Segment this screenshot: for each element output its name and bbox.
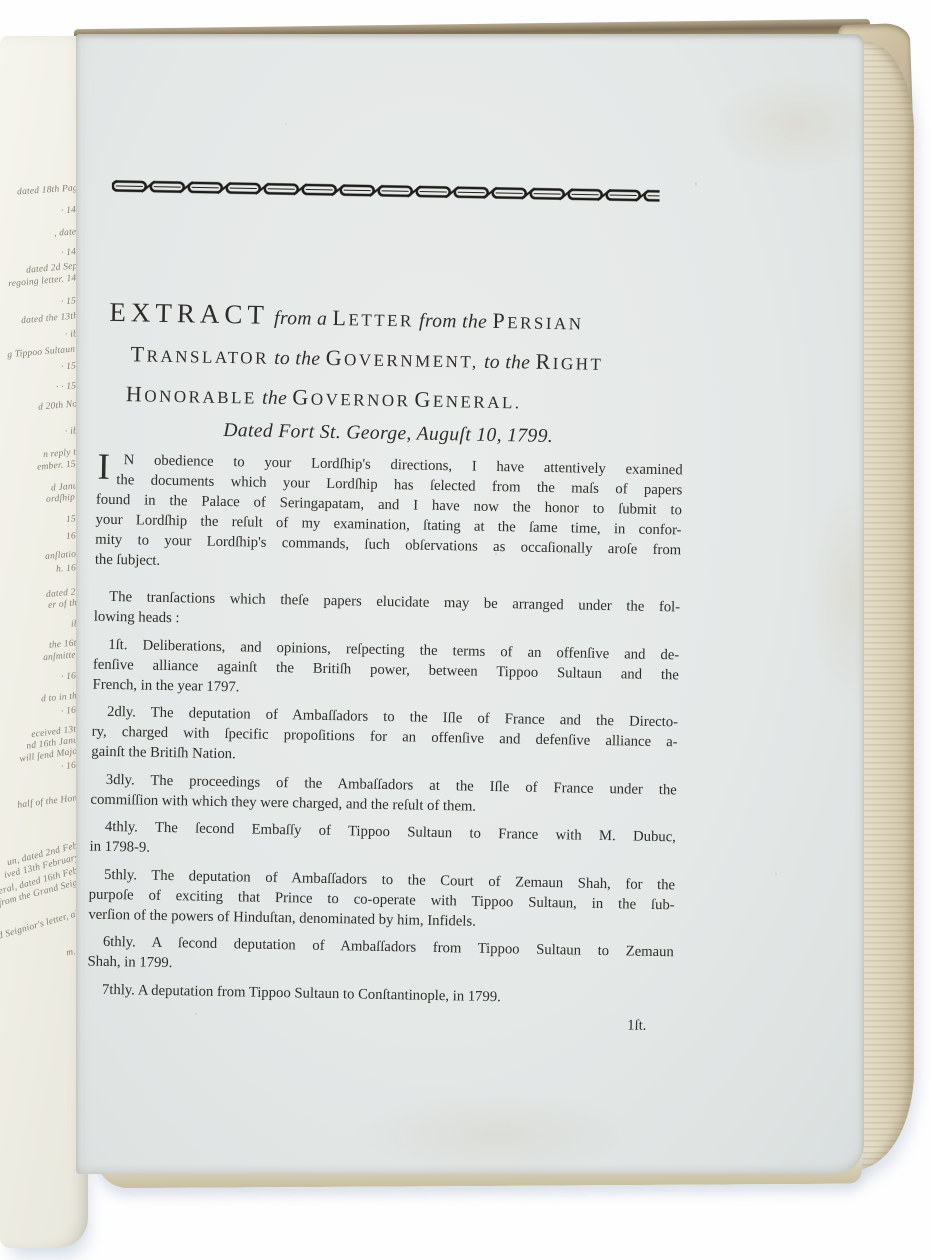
- book-photograph: { "document": { "ornament_name": "chain-…: [0, 0, 930, 1260]
- paragraph: The tranſactions which theſe papers eluc…: [94, 587, 681, 638]
- paragraph: 6thly. A ſecond deputation of Ambaſſador…: [87, 932, 674, 983]
- margin-fragment: g Tippoo Sultaun's: [7, 344, 82, 360]
- margin-fragment: regoing letter. 149: [7, 273, 81, 289]
- paragraph: 1ſt. Deliberations, and opinions, reſpec…: [92, 634, 679, 705]
- printed-content: EXTRACT from a LETTER from the PERSIANTR…: [82, 172, 690, 1063]
- margin-fragment: dated the 13th.: [21, 311, 81, 326]
- margin-fragment: half of the Hon-: [17, 793, 81, 811]
- text-line: 7thly. A deputation from Tippoo Sultaun …: [87, 979, 673, 1010]
- margin-fragment: ember. 154: [37, 459, 81, 473]
- paragraph: IN obedience to your Lordſhip's directio…: [95, 450, 683, 581]
- margin-fragment: d 20th No-: [38, 399, 81, 413]
- paragraph: 7thly. A deputation from Tippoo Sultaun …: [87, 979, 673, 1010]
- paragraph: 4thly. The ſecond Embaſſy of Tippoo Sult…: [89, 817, 676, 868]
- letter-title: EXTRACT from a LETTER from the PERSIANTR…: [108, 294, 672, 425]
- chain-rule-ornament-icon: [112, 178, 660, 204]
- drop-initial: I: [97, 449, 110, 486]
- facing-page-edge: dated 18th Pag-· 145, dated· 148dated 2d…: [0, 36, 88, 1248]
- margin-fragment: dated 18th Pag-: [17, 183, 82, 197]
- margin-fragment: nd Seignior's letter, al-: [0, 908, 82, 943]
- paragraph: 5thly. The deputation of Ambaſſadors to …: [88, 864, 675, 935]
- catchword: 1ſt.: [86, 1007, 672, 1035]
- letter-body: IN obedience to your Lordſhip's directio…: [86, 450, 682, 1035]
- paragraph: 3dly. The proceedings of the Ambaſſadors…: [90, 769, 677, 820]
- paragraph: 2dly. The deputation of Ambaſſadors to t…: [91, 702, 678, 773]
